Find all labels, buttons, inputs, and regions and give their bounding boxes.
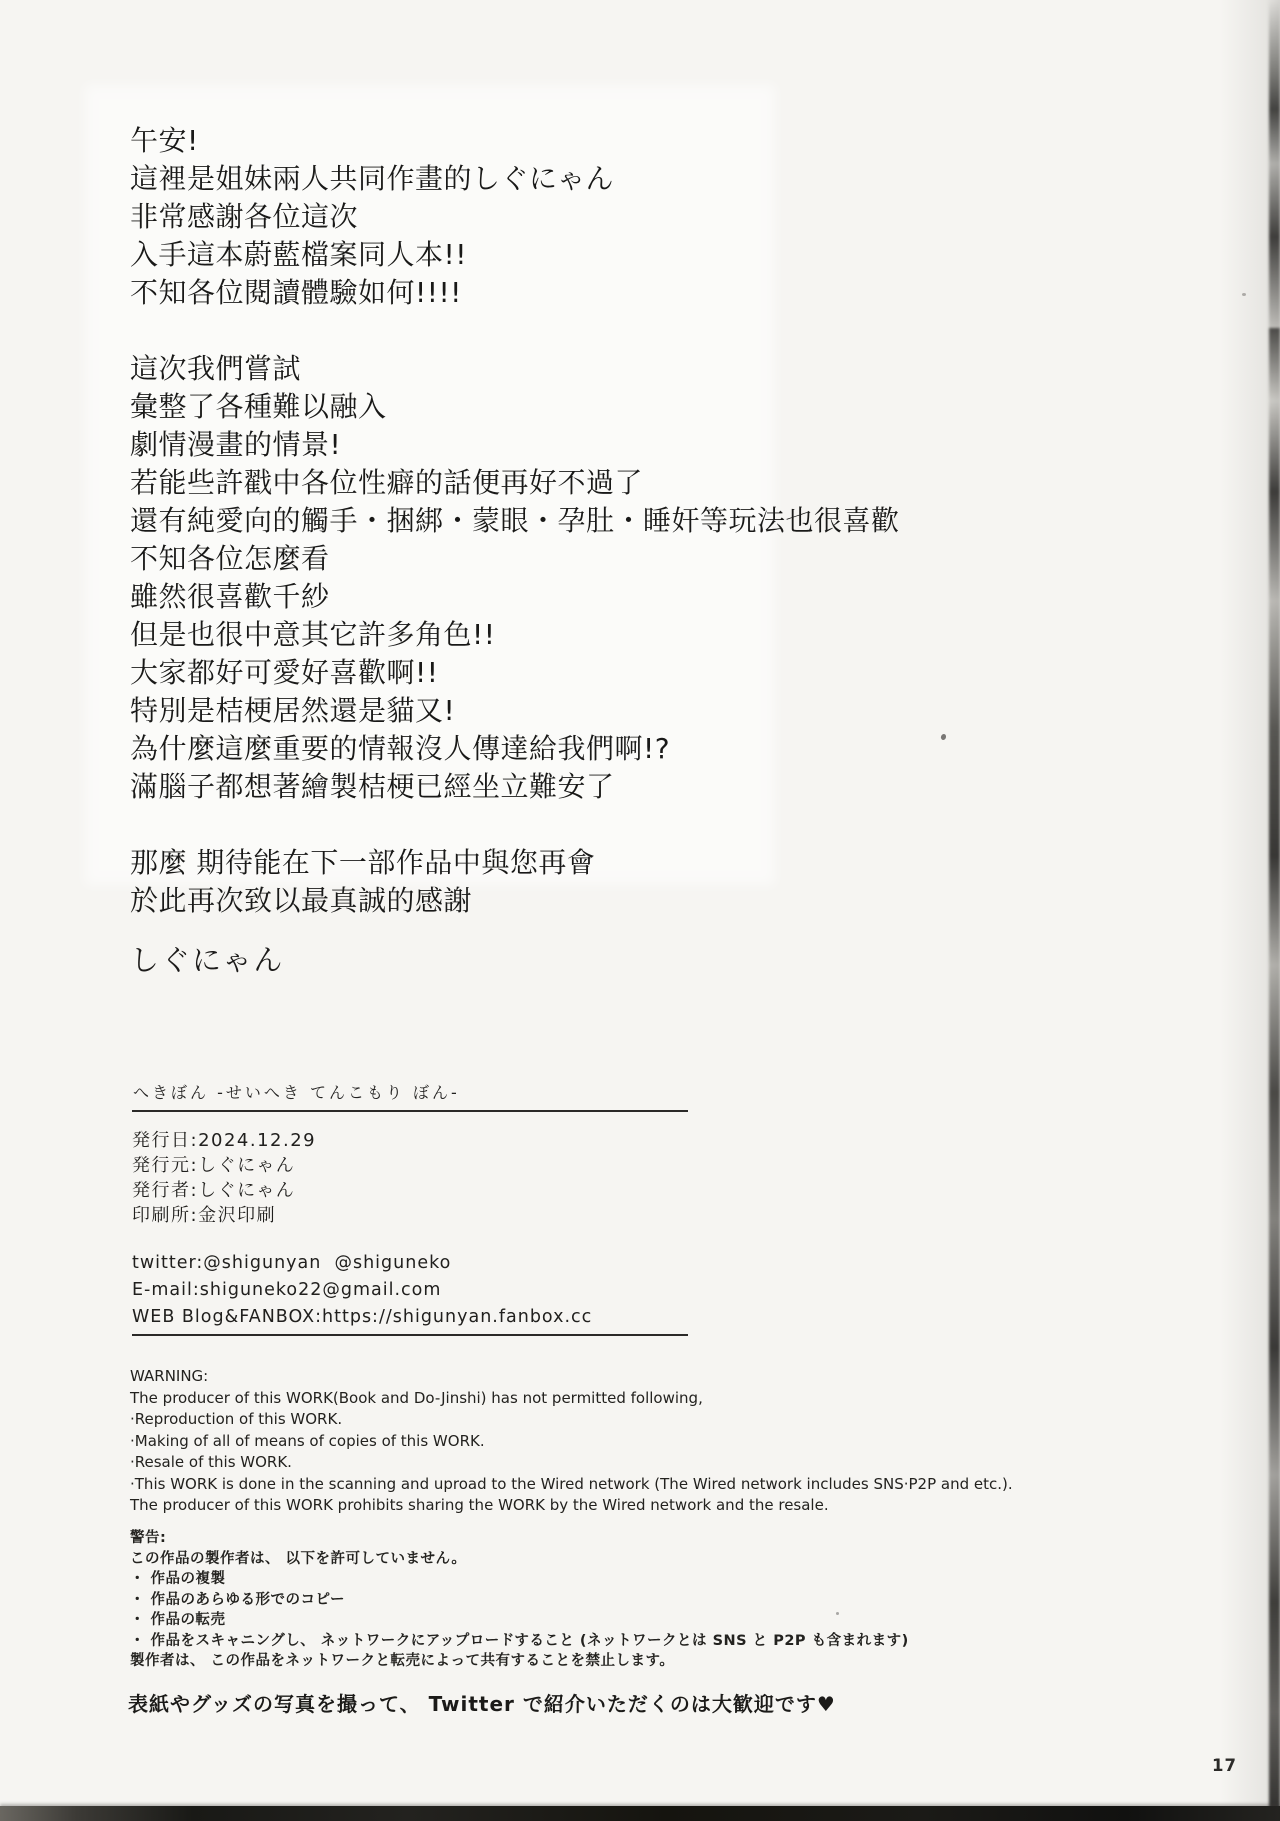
colophon-entry: 印刷所:金沢印刷 (132, 1203, 316, 1228)
scan-speck (836, 1612, 839, 1615)
warning-japanese-line: ・ 作品をスキャニングし、 ネットワークにアップロードすること (ネットワークと… (130, 1631, 909, 1652)
warning-japanese-line: 製作者は、 この作品をネットワークと転売によって共有することを禁止します。 (130, 1651, 909, 1672)
warning-japanese-line: 警告: (130, 1528, 909, 1549)
afterword-line: 不知各位閱讀體驗如何!!!! (130, 274, 900, 312)
warning-japanese-line: ・ 作品のあらゆる形でのコピー (130, 1590, 909, 1611)
contact-entry: E-mail:shiguneko22@gmail.com (132, 1277, 592, 1304)
warning-japanese-line: ・ 作品の複製 (130, 1569, 909, 1590)
afterword-line: 那麼 期待能在下一部作品中與您再會 (130, 844, 900, 882)
warning-english-line: ·Reproduction of this WORK. (130, 1409, 1013, 1431)
colophon-entry: 発行元:しぐにゃん (132, 1153, 316, 1178)
afterword-line (130, 806, 900, 844)
afterword-line: 這次我們嘗試 (130, 350, 900, 388)
colophon-entry: 発行者:しぐにゃん (132, 1178, 316, 1203)
colophon-divider-top (132, 1110, 688, 1112)
author-signature: しぐにゃん (130, 938, 284, 979)
afterword-line: 於此再次致以最真誠的感謝 (130, 882, 900, 920)
warning-english-line: ·Resale of this WORK. (130, 1452, 1013, 1474)
colophon-entry: 発行日:2024.12.29 (132, 1128, 316, 1153)
afterword-line: 還有純愛向的觸手・捆綁・蒙眼・孕肚・睡奸等玩法也很喜歡 (130, 502, 900, 540)
afterword-line: 不知各位怎麼看 (130, 540, 900, 578)
afterword-line: 雖然很喜歡千紗 (130, 578, 900, 616)
warning-english-line: ·Making of all of means of copies of thi… (130, 1431, 1013, 1453)
warning-japanese-block: 警告:この作品の製作者は、 以下を許可していません。・ 作品の複製・ 作品のあら… (130, 1528, 909, 1672)
scanned-doujinshi-afterword-page: 午安!這裡是姐妹兩人共同作畫的しぐにゃん非常感謝各位這次入手這本蔚藍檔案同人本!… (0, 0, 1280, 1821)
scan-page-edge (1269, 0, 1280, 1821)
afterword-line: 但是也很中意其它許多角色!! (130, 616, 900, 654)
afterword-line: 大家都好可愛好喜歡啊!! (130, 654, 900, 692)
warning-japanese-line: この作品の製作者は、 以下を許可していません。 (130, 1549, 909, 1570)
warning-japanese-line: ・ 作品の転売 (130, 1610, 909, 1631)
contact-entry: WEB Blog&FANBOX:https://shigunyan.fanbox… (132, 1304, 592, 1331)
afterword-line: 特別是桔梗居然還是貓又! (130, 692, 900, 730)
contact-entry: twitter:@shigunyan @shiguneko (132, 1250, 592, 1277)
warning-english-block: WARNING:The producer of this WORK(Book a… (130, 1366, 1013, 1517)
warning-english-line: ·This WORK is done in the scanning and u… (130, 1474, 1013, 1496)
colophon-divider-bottom (132, 1334, 688, 1336)
warning-english-line: WARNING: (130, 1366, 1013, 1388)
afterword-line: 入手這本蔚藍檔案同人本!! (130, 236, 900, 274)
afterword-line: 為什麼這麼重要的情報沒人傳達給我們啊!? (130, 730, 900, 768)
afterword-line: 這裡是姐妹兩人共同作畫的しぐにゃん (130, 160, 900, 198)
afterword-line: 劇情漫畫的情景! (130, 426, 900, 464)
afterword-line (130, 312, 900, 350)
twitter-promo-line: 表紙やグッズの写真を撮って、 Twitter で紹介いただくのは大歓迎です♥ (128, 1688, 836, 1717)
afterword-line: 若能些許戳中各位性癖的話便再好不過了 (130, 464, 900, 502)
afterword-text-block: 午安!這裡是姐妹兩人共同作畫的しぐにゃん非常感謝各位這次入手這本蔚藍檔案同人本!… (130, 122, 900, 920)
colophon-book-title: へきぼん -せいへき てんこもり ぼん- (133, 1080, 460, 1103)
warning-english-line: The producer of this WORK prohibits shar… (130, 1495, 1013, 1517)
afterword-line: 滿腦子都想著繪製桔梗已經坐立難安了 (130, 768, 900, 806)
colophon-contact-info: twitter:@shigunyan @shigunekoE-mail:shig… (132, 1250, 592, 1331)
afterword-line: 非常感謝各位這次 (130, 198, 900, 236)
scan-bottom-edge (0, 1806, 1280, 1821)
scan-speck (940, 733, 947, 740)
warning-english-line: The producer of this WORK(Book and Do-Ji… (130, 1388, 1013, 1410)
colophon-publication-info: 発行日:2024.12.29発行元:しぐにゃん発行者:しぐにゃん印刷所:金沢印刷 (132, 1128, 316, 1228)
afterword-line: 午安! (130, 122, 900, 160)
afterword-line: 彙整了各種難以融入 (130, 388, 900, 426)
